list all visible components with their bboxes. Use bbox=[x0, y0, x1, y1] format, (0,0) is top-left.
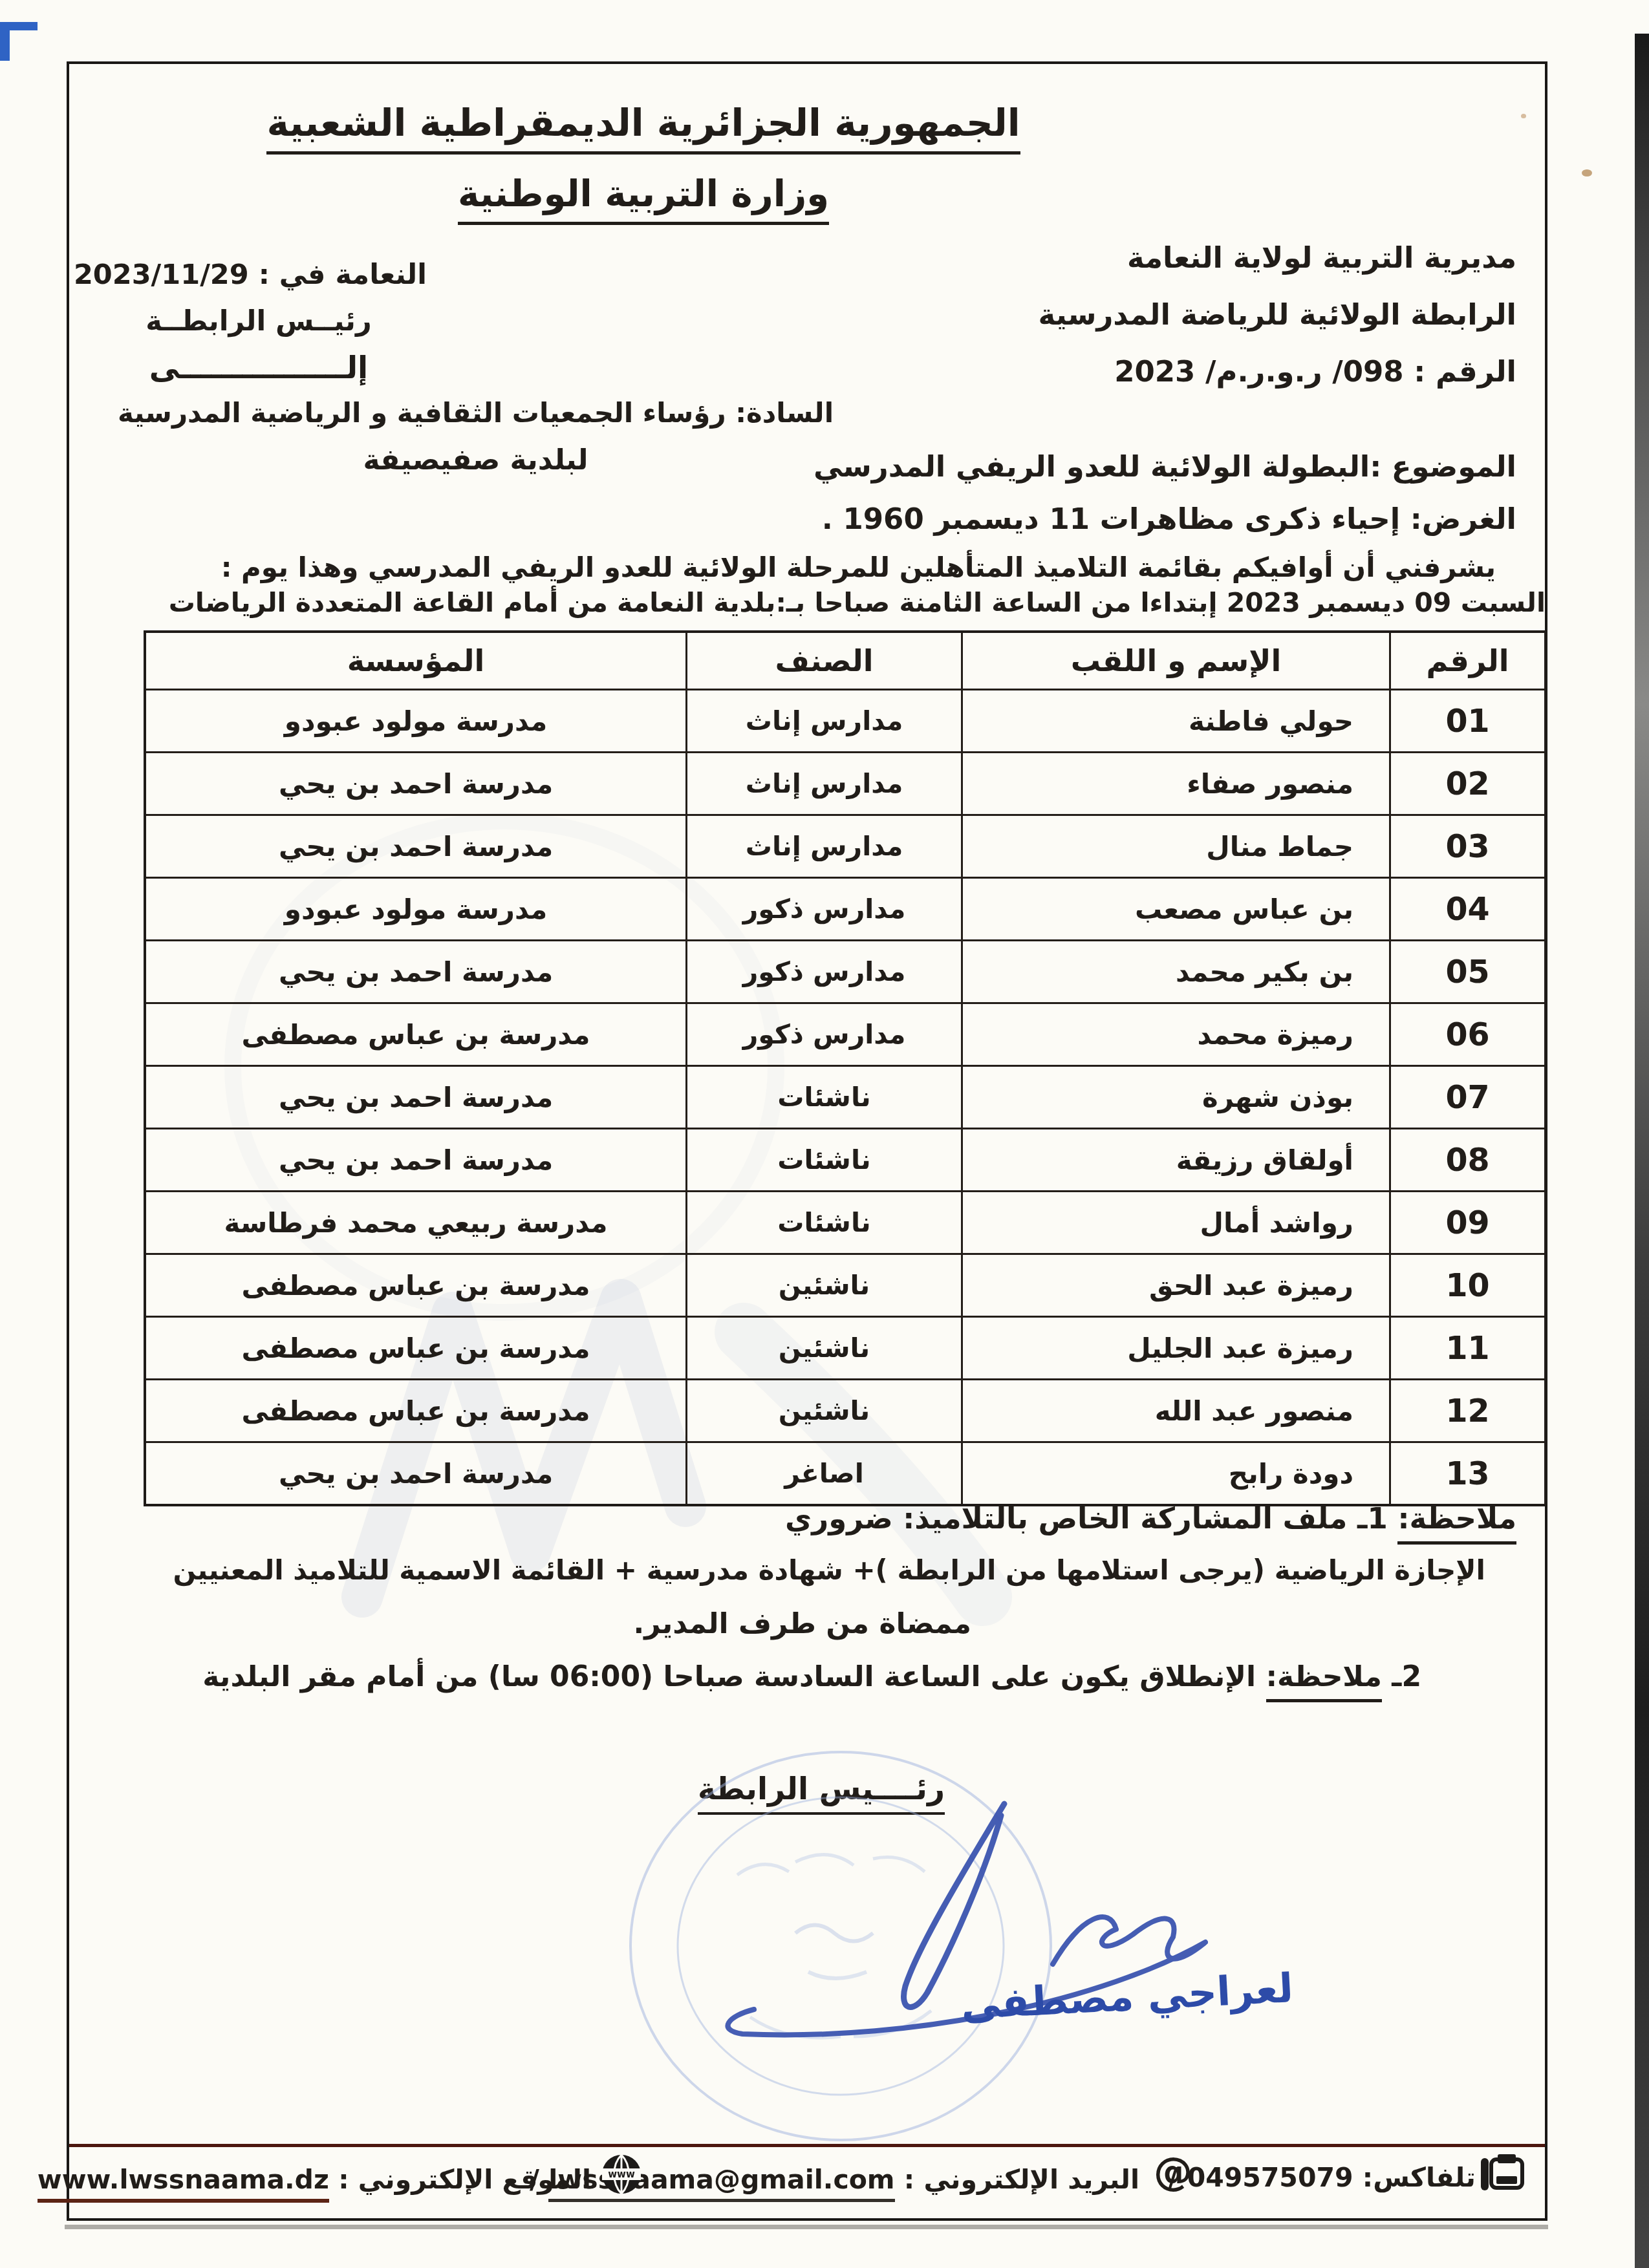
footer-divider bbox=[69, 2144, 1545, 2147]
cell-num: 02 bbox=[1389, 753, 1544, 814]
cell-num: 12 bbox=[1389, 1380, 1544, 1441]
cell-school: مدرسة بن عباس مصطفى bbox=[146, 1004, 685, 1065]
cell-name: منصور عبد الله bbox=[961, 1380, 1389, 1441]
cell-num: 01 bbox=[1389, 690, 1544, 751]
note-1-label: ملاحظة: bbox=[1397, 1501, 1516, 1545]
cell-category: ناشئين bbox=[685, 1255, 961, 1316]
table-row: 04 بن عباس مصعب مدارس ذكور مدرسة مولود ع… bbox=[146, 879, 1544, 941]
note-1-detail: الإجازة الرياضية (يرجى استلامها من الراب… bbox=[173, 1554, 1485, 1586]
cell-school: مدرسة مولود عبودو bbox=[146, 879, 685, 939]
table-row: 07 بوذن شهرة ناشئات مدرسة احمد بن يحي bbox=[146, 1067, 1544, 1129]
cell-category: مدارس ذكور bbox=[685, 879, 961, 939]
cell-school: مدرسة احمد بن يحي bbox=[146, 1129, 685, 1190]
note-1-signed: ممضاة من طرف المدير. bbox=[634, 1607, 971, 1640]
cell-category: مدارس إناث bbox=[685, 753, 961, 814]
cell-name: بن عباس مصعب bbox=[961, 879, 1389, 939]
cell-school: مدرسة ربيعي محمد فرطاسة bbox=[146, 1192, 685, 1253]
website-url: www.lwssnaama.dz bbox=[38, 2164, 329, 2203]
recipients-line: السادة: رؤساء الجمعيات الثقافية و الرياض… bbox=[83, 397, 868, 429]
cell-school: مدرسة بن عباس مصطفى bbox=[146, 1318, 685, 1378]
header-category: الصنف bbox=[685, 633, 961, 689]
purpose-line: الغرض: إحياء ذكرى مظاهرات 11 ديسمبر 1960… bbox=[822, 502, 1516, 536]
globe-www-text: www bbox=[608, 2168, 635, 2180]
table-row: 12 منصور عبد الله ناشئين مدرسة بن عباس م… bbox=[146, 1380, 1544, 1443]
cell-school: مدرسة احمد بن يحي bbox=[146, 1443, 685, 1504]
cell-category: ناشئات bbox=[685, 1192, 961, 1253]
directorate-line: مديرية التربية لولاية النعامة bbox=[1127, 241, 1516, 275]
signature-title: رئــــيس الرابطة bbox=[660, 1771, 983, 1815]
ministry-title: وزارة التربية الوطنية bbox=[213, 173, 1073, 225]
scanned-document-page: الجمهورية الجزائرية الديمقراطية الشعبية … bbox=[0, 0, 1649, 2268]
league-line: الرابطة الولائية للرياضة المدرسية bbox=[1039, 297, 1517, 332]
cell-num: 03 bbox=[1389, 816, 1544, 877]
cell-category: ناشئين bbox=[685, 1318, 961, 1378]
table-row: 10 رميزة عبد الحق ناشئين مدرسة بن عباس م… bbox=[146, 1255, 1544, 1318]
cell-name: رميزة عبد الحق bbox=[961, 1255, 1389, 1316]
cell-name: حولي فاطنة bbox=[961, 690, 1389, 751]
globe-icon: www bbox=[600, 2153, 643, 2196]
cell-school: مدرسة بن عباس مصطفى bbox=[146, 1380, 685, 1441]
cell-school: مدرسة بن عباس مصطفى bbox=[146, 1255, 685, 1316]
results-table: الرقم الإسم و اللقب الصنف المؤسسة 01 حول… bbox=[144, 630, 1547, 1506]
cell-num: 13 bbox=[1389, 1443, 1544, 1504]
cell-num: 07 bbox=[1389, 1067, 1544, 1128]
table-row: 03 جماط منال مدارس إناث مدرسة احمد بن يح… bbox=[146, 816, 1544, 879]
place-date: النعامة في : 2023/11/29 bbox=[91, 259, 427, 291]
cell-category: مدارس ذكور bbox=[685, 941, 961, 1002]
note-1: ملاحظة: 1ـ ملف المشاركة الخاص بالتلاميذ:… bbox=[785, 1501, 1516, 1545]
cell-name: رواشد أمال bbox=[961, 1192, 1389, 1253]
cell-category: اصاغر bbox=[685, 1443, 961, 1504]
republic-title: الجمهورية الجزائرية الديمقراطية الشعبية bbox=[213, 101, 1073, 155]
table-row: 05 بن بكير محمد مدارس ذكور مدرسة احمد بن… bbox=[146, 941, 1544, 1004]
cell-name: منصور صفاء bbox=[961, 753, 1389, 814]
paper-speck bbox=[1582, 169, 1592, 177]
note-2-prefix: 2ـ bbox=[1382, 1660, 1421, 1693]
cell-school: مدرسة احمد بن يحي bbox=[146, 1067, 685, 1128]
cell-category: مدارس ذكور bbox=[685, 1004, 961, 1065]
signature-title-text: رئــــيس الرابطة bbox=[698, 1771, 945, 1815]
cell-num: 09 bbox=[1389, 1192, 1544, 1253]
cell-name: أولقاق رزيقة bbox=[961, 1129, 1389, 1190]
cell-school: مدرسة احمد بن يحي bbox=[146, 753, 685, 814]
table-row: 01 حولي فاطنة مدارس إناث مدرسة مولود عبو… bbox=[146, 690, 1544, 753]
sender-title: رئيــس الرابطــة bbox=[91, 305, 427, 337]
cell-name: رميزة عبد الجليل bbox=[961, 1318, 1389, 1378]
note-2-text: الإنطلاق يكون على الساعة السادسة صباحا (… bbox=[202, 1660, 1266, 1693]
municipality-line: لبلدية صفيصيفة bbox=[83, 444, 868, 476]
cell-category: مدارس إناث bbox=[685, 690, 961, 751]
ministry-title-text: وزارة التربية الوطنية bbox=[458, 173, 829, 225]
event-line: السبت 09 ديسمبر 2023 إبتداءا من الساعة ا… bbox=[105, 587, 1546, 618]
cell-school: مدرسة احمد بن يحي bbox=[146, 816, 685, 877]
cell-num: 04 bbox=[1389, 879, 1544, 939]
table-row: 06 رميزة محمد مدارس ذكور مدرسة بن عباس م… bbox=[146, 1004, 1544, 1067]
at-sign-icon: @ bbox=[1154, 2149, 1192, 2194]
website-label: الموقع الإلكتروني : bbox=[338, 2164, 591, 2195]
note-2: 2ـ ملاحظة: الإنطلاق يكون على الساعة السا… bbox=[202, 1660, 1421, 1702]
email-label: البريد الإلكتروني : bbox=[904, 2164, 1139, 2195]
fax-icon bbox=[1480, 2153, 1525, 2197]
website-line: الموقع الإلكتروني : www.lwssnaama.dz bbox=[38, 2164, 591, 2203]
scanner-edge-band bbox=[1635, 34, 1649, 2268]
scan-corner-mark bbox=[0, 22, 38, 61]
cell-category: مدارس إناث bbox=[685, 816, 961, 877]
cell-num: 08 bbox=[1389, 1129, 1544, 1190]
cell-category: ناشئات bbox=[685, 1129, 961, 1190]
cell-school: مدرسة مولود عبودو bbox=[146, 690, 685, 751]
cell-category: ناشئين bbox=[685, 1380, 961, 1441]
cell-num: 10 bbox=[1389, 1255, 1544, 1316]
to-label: إلــــــــــــــــى bbox=[91, 350, 427, 386]
header-name: الإسم و اللقب bbox=[961, 633, 1389, 689]
fax-number: تلفاكس: 049575079 / bbox=[1168, 2162, 1476, 2193]
cell-num: 05 bbox=[1389, 941, 1544, 1002]
cell-name: رميزة محمد bbox=[961, 1004, 1389, 1065]
scan-bottom-shadow bbox=[65, 2225, 1548, 2229]
intro-line: يشرفني أن أوافيكم بقائمة التلاميذ المتأه… bbox=[221, 551, 1496, 583]
cell-num: 06 bbox=[1389, 1004, 1544, 1065]
cell-name: جماط منال bbox=[961, 816, 1389, 877]
reference-number: الرقم : 098/ ر.و.ر.م/ 2023 bbox=[1114, 354, 1516, 389]
table-row: 11 رميزة عبد الجليل ناشئين مدرسة بن عباس… bbox=[146, 1318, 1544, 1380]
header-school: المؤسسة bbox=[146, 633, 685, 689]
table-header-row: الرقم الإسم و اللقب الصنف المؤسسة bbox=[146, 633, 1544, 690]
cell-name: بن بكير محمد bbox=[961, 941, 1389, 1002]
cell-name: دودة رابح bbox=[961, 1443, 1389, 1504]
header-num: الرقم bbox=[1389, 633, 1544, 689]
cell-category: ناشئات bbox=[685, 1067, 961, 1128]
note-2-label: ملاحظة: bbox=[1266, 1660, 1383, 1702]
cell-school: مدرسة احمد بن يحي bbox=[146, 941, 685, 1002]
table-row: 13 دودة رابح اصاغر مدرسة احمد بن يحي bbox=[146, 1443, 1544, 1504]
table-row: 09 رواشد أمال ناشئات مدرسة ربيعي محمد فر… bbox=[146, 1192, 1544, 1255]
table-row: 02 منصور صفاء مدارس إناث مدرسة احمد بن ي… bbox=[146, 753, 1544, 816]
cell-num: 11 bbox=[1389, 1318, 1544, 1378]
table-row: 08 أولقاق رزيقة ناشئات مدرسة احمد بن يحي bbox=[146, 1129, 1544, 1192]
republic-title-text: الجمهورية الجزائرية الديمقراطية الشعبية bbox=[266, 101, 1020, 155]
subject-line: الموضوع :البطولة الولائية للعدو الريفي ا… bbox=[814, 449, 1516, 484]
cell-name: بوذن شهرة bbox=[961, 1067, 1389, 1128]
note-1-text: 1ـ ملف المشاركة الخاص بالتلاميذ: ضروري bbox=[785, 1501, 1397, 1535]
